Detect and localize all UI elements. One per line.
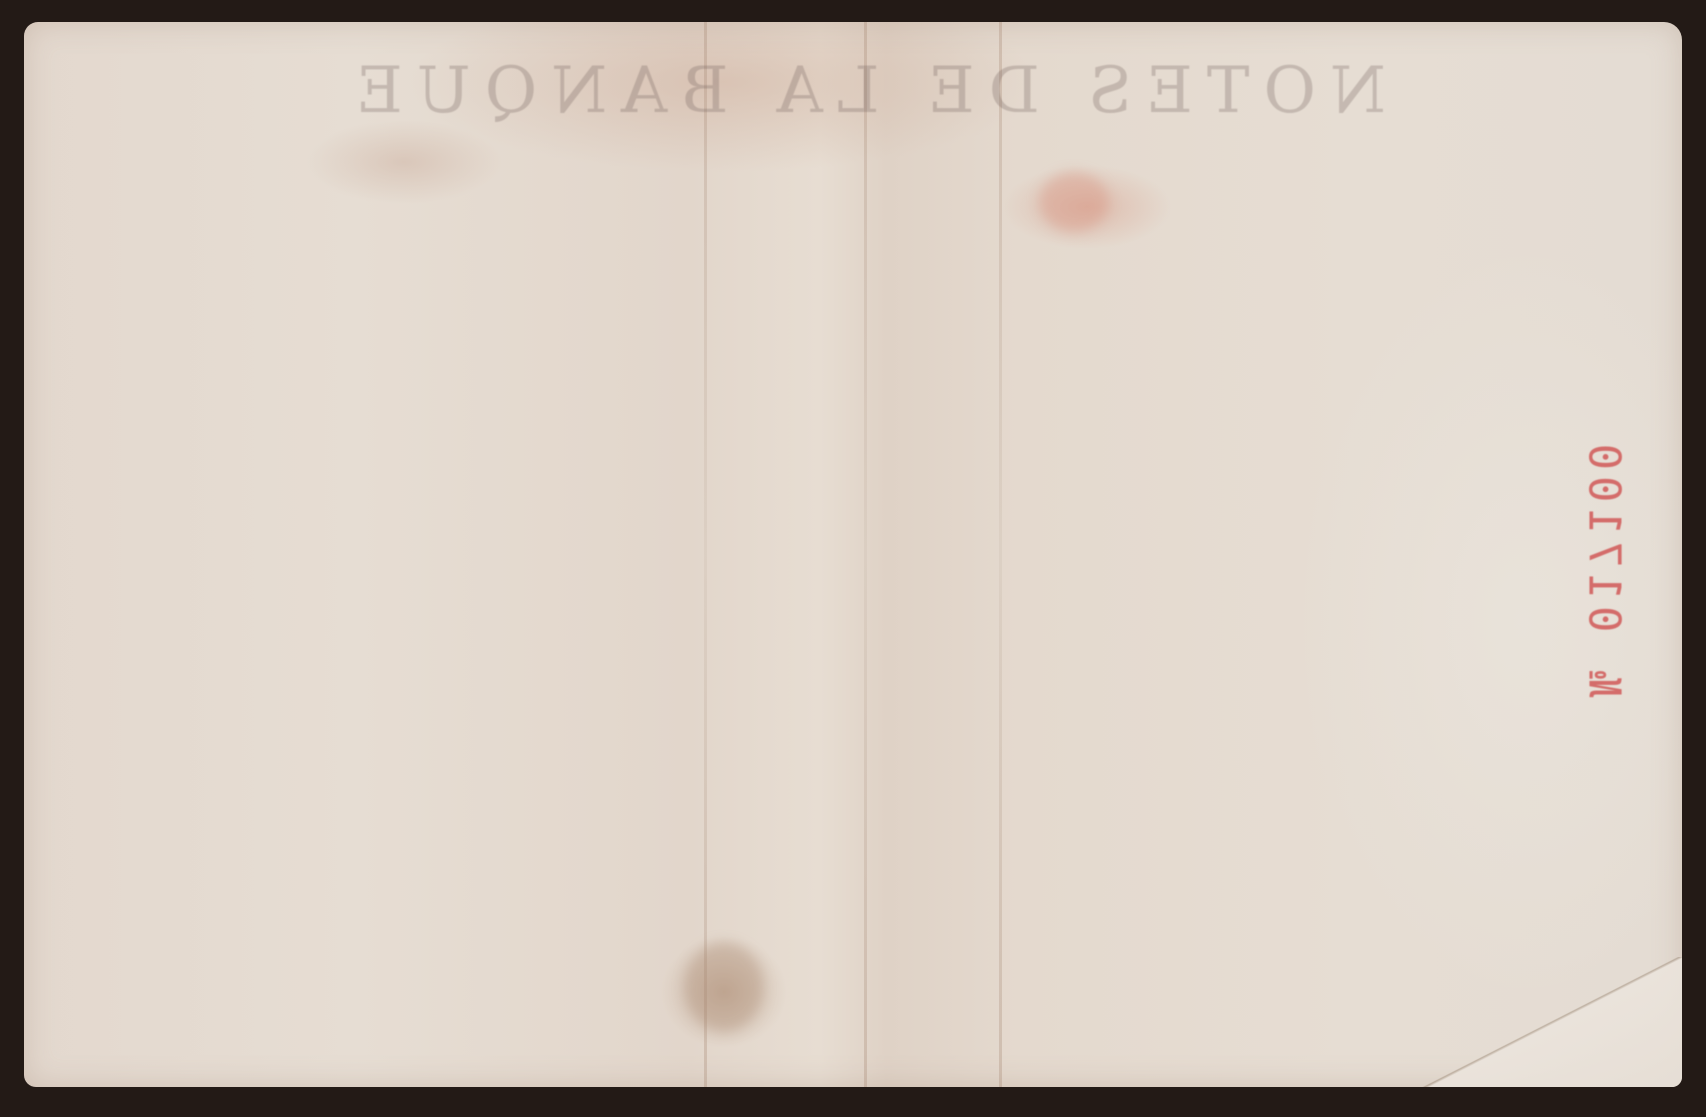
serial-number-stamp: № 017100 xyxy=(1569,422,1639,712)
vertical-fold xyxy=(704,22,707,1087)
stain xyxy=(684,942,764,1032)
serial-number: № 017100 xyxy=(1579,437,1630,697)
vertical-fold xyxy=(864,22,867,1087)
vertical-fold xyxy=(999,22,1002,1087)
mirrored-showthrough-text: NOTES DE LA BANQUE xyxy=(124,54,1604,128)
stain xyxy=(1039,172,1109,232)
banknote-reverse: NOTES DE LA BANQUE № 017100 xyxy=(24,22,1682,1087)
folded-corner xyxy=(1422,957,1682,1087)
